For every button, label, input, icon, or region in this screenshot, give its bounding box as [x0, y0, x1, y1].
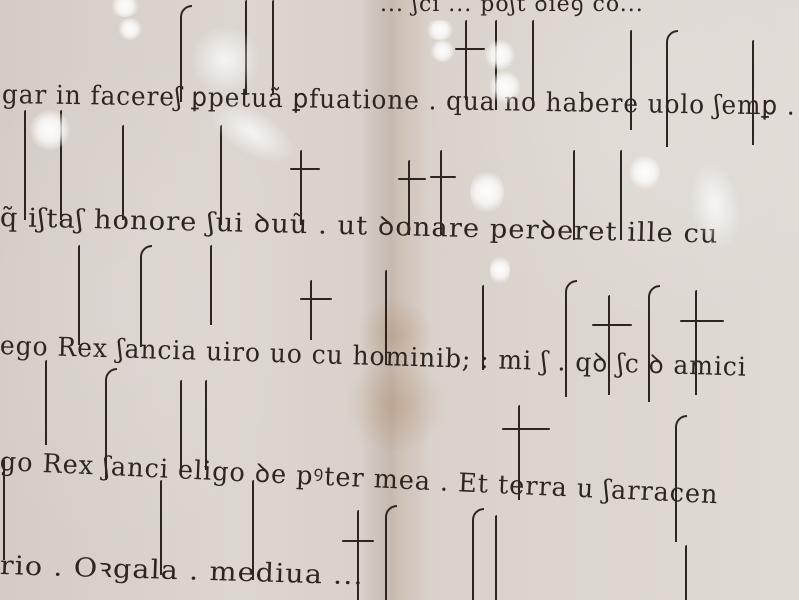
long-s-ascender — [666, 30, 678, 147]
glass-glare — [490, 70, 520, 104]
long-s-ascender — [565, 280, 577, 397]
t-crossbar — [430, 176, 456, 178]
glass-glare — [430, 40, 455, 62]
long-s-ascender — [648, 285, 660, 402]
glass-glare — [425, 20, 455, 40]
glass-glare — [30, 110, 70, 150]
manuscript-line-0: ... ʃc̃i ... poʃt ꝺieꝯ co... — [380, 0, 644, 18]
t-crossbar — [398, 178, 426, 180]
glass-glare — [485, 40, 515, 70]
t-crossbar — [300, 298, 332, 300]
R-ascender — [45, 360, 47, 445]
t-crossbar — [455, 48, 485, 50]
t-crossbar — [592, 324, 632, 326]
ascender-stroke — [310, 280, 312, 340]
ascender-stroke — [495, 515, 497, 600]
glass-glare — [630, 155, 660, 190]
t-crossbar — [502, 428, 550, 430]
t-crossbar — [342, 540, 374, 542]
ascender-stroke — [272, 0, 274, 95]
glass-glare — [118, 18, 142, 40]
manuscript-line-5: rio . Oꝛgala . mediua ... — [0, 546, 364, 592]
glass-glare — [110, 0, 140, 17]
glass-glare — [470, 170, 504, 214]
ascender-stroke — [685, 545, 687, 600]
t-crossbar — [680, 320, 724, 322]
glass-glare — [490, 255, 510, 285]
long-s-ascender — [472, 508, 484, 600]
t-crossbar — [290, 168, 320, 170]
manuscript-photo: ... ʃc̃i ... poʃt ꝺieꝯ co... gar in face… — [0, 0, 799, 600]
ascender-stroke — [210, 245, 212, 325]
long-s-ascender — [385, 505, 397, 600]
